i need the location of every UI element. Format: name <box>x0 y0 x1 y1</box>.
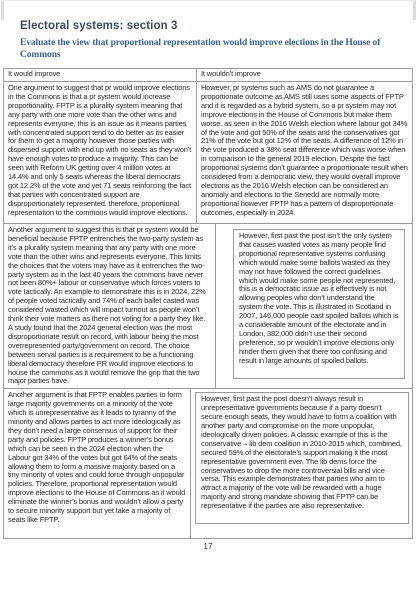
page-number: 17 <box>0 542 416 551</box>
page-edge-left <box>1 0 4 20</box>
table-row: Another argument to suggest this is that… <box>3 224 413 389</box>
argument-2-against: However, first past the post isn’t the o… <box>233 229 405 379</box>
table-header-row: It would improve It wouldn’t improve <box>3 69 413 82</box>
argument-3-for: Another argument is that FPTP enables pa… <box>4 389 191 538</box>
essay-question-subtitle: Evaluate the view that proportional repr… <box>20 37 408 61</box>
arguments-table: It would improve It wouldn’t improve One… <box>3 68 413 539</box>
argument-1-against: However, pr systems such as AMS do not g… <box>197 82 412 223</box>
argument-3-against: However, first past the post doesn’t alw… <box>195 392 409 524</box>
argument-3-against-cell: However, first past the post doesn’t alw… <box>191 389 412 538</box>
argument-2-against-cell: However, first past the post isn’t the o… <box>216 224 412 388</box>
column-header-wouldnt-improve: It wouldn’t improve <box>197 69 412 81</box>
column-header-would-improve: It would improve <box>4 69 197 81</box>
argument-1-for: One argument to suggest that pr would im… <box>4 82 197 223</box>
table-row: One argument to suggest that pr would im… <box>3 82 413 224</box>
document-page: Electoral systems: section 3 Evaluate th… <box>0 0 416 539</box>
section-title: Electoral systems: section 3 <box>20 20 416 32</box>
table-row: Another argument is that FPTP enables pa… <box>3 389 413 539</box>
page-edge-top <box>0 0 416 1</box>
argument-2-for: Another argument to suggest this is that… <box>4 224 216 388</box>
